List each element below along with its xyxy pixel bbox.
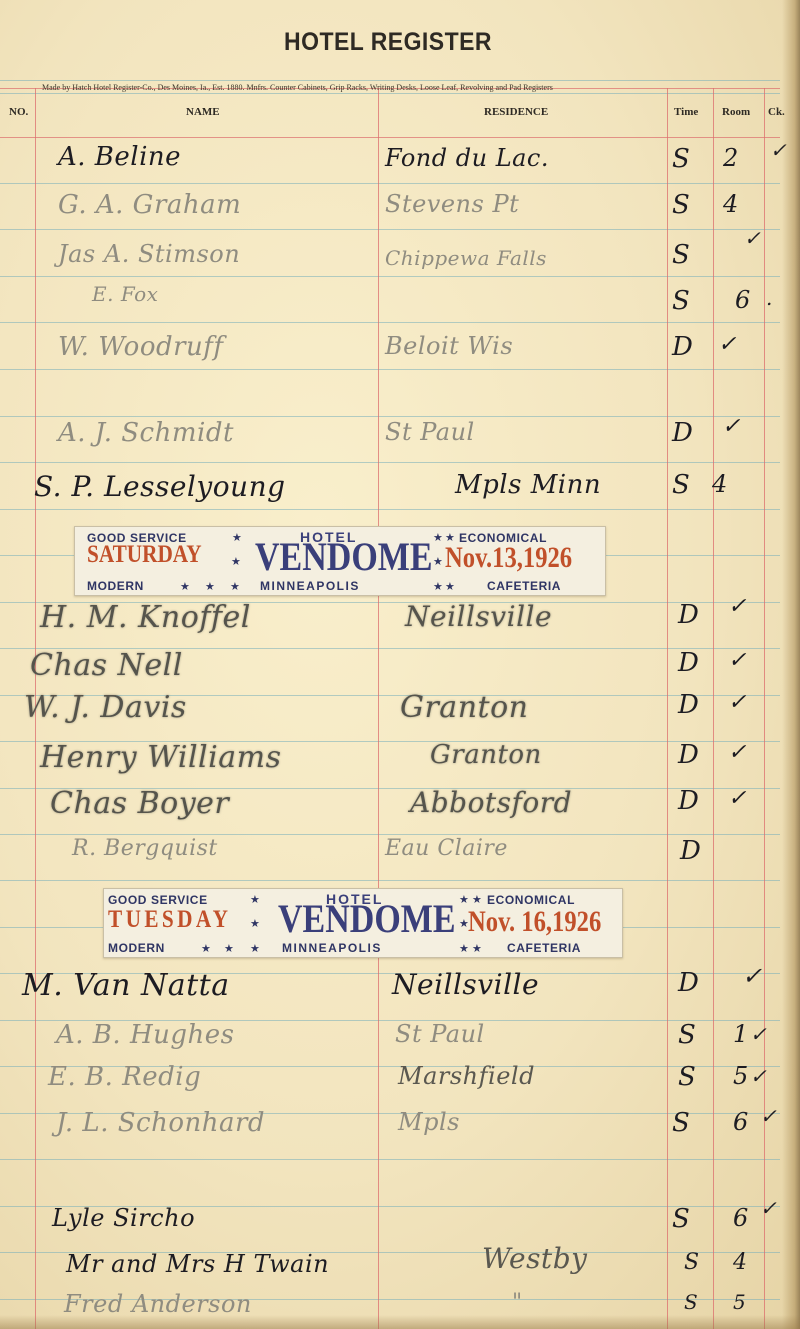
star-icon: ★ [232,531,242,544]
arrival-time: D [678,740,699,770]
page-edge-shadow [0,1315,800,1329]
rule-line [0,137,780,138]
guest-name: H. M. Knoffel [40,600,251,635]
guest-residence: Beloit Wis [385,332,513,360]
column-header-room: Room [722,106,750,118]
star-icon: ★ [205,580,215,593]
guest-residence: St Paul [395,1020,485,1048]
room-number: 6 [735,286,751,314]
room-number: 6 [733,1204,749,1232]
stamp-slogan: CAFETERIA [507,941,581,955]
register-entry: Jas A. Stimson Chippewa Falls S ✓ [0,240,800,286]
arrival-time: D [672,332,693,362]
guest-name: S. P. Lesselyoung [34,470,286,503]
guest-residence: Granton [430,740,542,770]
stamp-hotel-name: VENDOME [255,537,433,577]
guest-name: E. Fox [92,282,158,306]
guest-name: R. Bergquist [72,836,218,861]
room-number: 1 [733,1020,749,1048]
check-mark: ✓ [742,962,763,990]
guest-residence: Chippewa Falls [385,246,547,270]
register-entry: S. P. Lesselyoung Mpls Minn S 4 [0,470,800,516]
star-icon: ★ [224,942,234,955]
room-number: 5 [733,1290,746,1314]
arrival-time: S [672,470,690,500]
arrival-time: D [678,968,699,998]
register-entry: J. L. Schonhard Mpls S 6 ✓ [0,1108,800,1154]
guest-name: Jas A. Stimson [58,240,240,268]
stamp-hotel-name: VENDOME [278,899,456,939]
guest-name: Chas Boyer [50,786,229,821]
room-number: 5 [733,1062,749,1090]
guest-residence: Eau Claire [385,836,508,861]
check-mark: ✓ [760,1104,777,1128]
star-icon: ★ [231,555,241,568]
check-mark: ✓ [750,1064,767,1088]
stamp-slogan: GOOD SERVICE [108,893,208,907]
star-icon: ★ [180,580,190,593]
guest-residence: Mpls [398,1108,460,1136]
check-mark: ✓ [722,414,741,439]
check-mark: ✓ [728,648,747,673]
star-icon: ★ [250,917,260,930]
room-number: 2 [723,144,739,172]
arrival-time: S [678,1062,696,1092]
register-entry: Henry Williams Granton D ✓ [0,740,800,786]
check-mark: ✓ [744,226,761,250]
register-entry: Chas Nell D ✓ [0,648,800,694]
page-title: HOTEL REGISTER [31,28,745,57]
room-number: 4 [733,1250,748,1275]
guest-residence: Abbotsford [410,786,572,819]
column-header-no: NO. [9,106,28,118]
arrival-time: D [680,836,701,866]
guest-residence: Granton [400,690,528,725]
register-entry: M. Van Natta Neillsville D ✓ [0,968,800,1014]
register-entry: R. Bergquist Eau Claire D [0,836,800,882]
check-mark: . [766,286,773,310]
guest-residence: Mpls Minn [455,470,601,500]
check-mark: ✓ [728,786,747,811]
register-entry: G. A. Graham Stevens Pt S 4 [0,190,800,236]
guest-residence: Neillsville [405,600,552,633]
arrival-time: S [672,1108,690,1138]
guest-name: G. A. Graham [58,190,241,220]
guest-name: A. J. Schmidt [58,418,234,448]
stamp-date: Nov. 16,1926 [468,905,601,939]
arrival-time: D [672,418,693,448]
room-number: 6 [733,1108,749,1136]
room-number: 4 [723,190,739,218]
guest-name: A. Beline [58,142,181,172]
guest-name: Chas Nell [30,648,183,683]
arrival-time: D [678,600,699,630]
date-stamp-tuesday: GOOD SERVICE TUESDAY MODERN ★ ★ ★ ★ ★ HO… [103,888,623,958]
star-icon: ★ [250,942,260,955]
star-icon: ★ [445,580,455,593]
guest-name: W. J. Davis [24,690,187,725]
room-number: 4 [712,470,728,498]
stamp-slogan: MODERN [108,941,165,955]
guest-name: Henry Williams [40,740,281,775]
register-entry: A. B. Hughes St Paul S 1 ✓ [0,1020,800,1066]
register-entry: A. Beline Fond du Lac. S 2 ✓ [0,140,800,186]
register-entry: E. Fox S 6 . [0,282,800,328]
date-stamp-saturday: GOOD SERVICE SATURDAY MODERN ★ ★ ★ ★ ★ H… [74,526,606,596]
stamp-city: MINNEAPOLIS [282,941,382,955]
check-mark: ✓ [750,1022,767,1046]
stamp-day: SATURDAY [87,541,202,569]
register-entry: W. Woodruff Beloit Wis D ✓ [0,332,800,378]
stamp-slogan: CAFETERIA [487,579,561,593]
arrival-time: S [684,1290,698,1314]
guest-name: A. B. Hughes [56,1020,234,1050]
guest-name: W. Woodruff [58,332,224,362]
star-icon: ★ [230,580,240,593]
arrival-time: S [672,240,690,270]
register-entry: H. M. Knoffel Neillsville D ✓ [0,600,800,646]
guest-residence: Marshfield [398,1062,535,1090]
guest-residence: Neillsville [392,968,539,1001]
column-header-name: NAME [186,106,220,118]
stamp-day: TUESDAY [108,906,231,934]
page-edge-shadow [782,0,800,1329]
maker-imprint: Made by Hatch Hotel Register-Co., Des Mo… [42,83,553,92]
star-icon: ★ [250,893,260,906]
check-mark: ✓ [728,740,747,765]
guest-name: E. B. Redig [48,1062,201,1092]
guest-residence: St Paul [385,418,475,446]
register-entry: E. B. Redig Marshfield S 5 ✓ [0,1062,800,1108]
star-icon: ★ [433,580,443,593]
guest-name: Mr and Mrs H Twain [66,1250,329,1278]
arrival-time: S [672,190,690,220]
star-icon: ★ [433,531,443,544]
guest-name: J. L. Schonhard [56,1108,265,1138]
column-header-time: Time [674,106,698,118]
register-entry: W. J. Davis Granton D ✓ [0,690,800,736]
rule-line [0,834,780,835]
star-icon: ★ [472,942,482,955]
arrival-time: D [678,648,699,678]
guest-residence: " [512,1290,523,1315]
star-icon: ★ [433,555,443,568]
column-header-residence: RESIDENCE [484,106,548,118]
star-icon: ★ [459,942,469,955]
check-mark: ✓ [718,332,737,357]
arrival-time: S [678,1020,696,1050]
arrival-time: S [672,144,690,174]
guest-residence: Stevens Pt [385,190,519,218]
arrival-time: S [672,286,690,316]
check-mark: ✓ [728,690,747,715]
stamp-slogan: MODERN [87,579,144,593]
guest-name: Lyle Sircho [52,1204,195,1232]
guest-name: M. Van Natta [22,968,230,1003]
stamp-city: MINNEAPOLIS [260,579,360,593]
rule-line [0,1159,780,1160]
register-page: HOTEL REGISTER Made by Hatch Hotel Regis… [0,0,800,1329]
arrival-time: D [678,786,699,816]
check-mark: ✓ [760,1196,777,1220]
star-icon: ★ [201,942,211,955]
guest-residence: Westby [482,1242,587,1275]
check-mark: ✓ [728,594,747,619]
rule-line [0,80,780,81]
register-entry: Chas Boyer Abbotsford D ✓ [0,786,800,832]
register-entry: A. J. Schmidt St Paul D ✓ [0,418,800,464]
guest-residence: Fond du Lac. [385,144,549,172]
rule-line [0,416,780,417]
register-entry: Lyle Sircho S 6 ✓ [0,1204,800,1250]
arrival-time: S [684,1250,700,1275]
arrival-time: D [678,690,699,720]
guest-name: Fred Anderson [64,1290,252,1318]
rule-line [0,93,780,94]
stamp-date: Nov.13,1926 [445,541,572,575]
arrival-time: S [672,1204,690,1234]
